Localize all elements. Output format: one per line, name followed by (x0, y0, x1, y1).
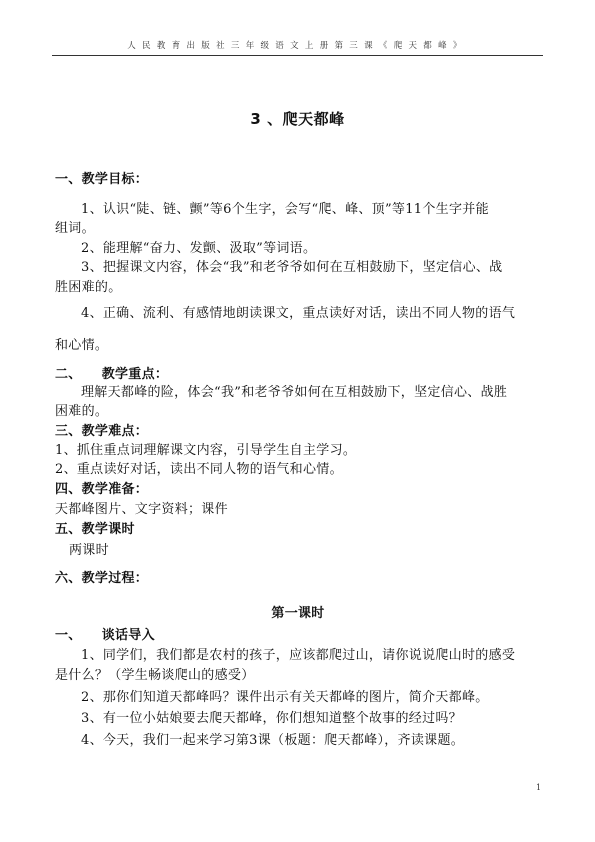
section-heading-periods: 五、教学课时 (55, 522, 541, 538)
step-heading: 一、 谈话导入 (55, 628, 541, 644)
process-line: 2、那你们知道天都峰吗？课件出示有关天都峰的图片，简介天都峰。 (55, 690, 567, 706)
process-line: 是什么？（学生畅谈爬山的感受） (55, 668, 541, 684)
section-heading-difficulties: 三、教学难点： (55, 424, 541, 440)
lesson-title: 第一课时 (55, 606, 541, 622)
section-heading-preparation: 四、教学准备： (55, 482, 541, 498)
objective-line: 4、正确、流利、有感情地朗读课文，重点读好对话，读出不同人物的语气 (55, 306, 567, 322)
section-heading-key-points: 二、 教学重点： (55, 367, 541, 383)
preparation-text: 天都峰图片、文字资料；课件 (55, 502, 541, 518)
objective-line: 2、能理解“奋力、发颤、汲取”等词语。 (55, 241, 567, 257)
key-points-line: 理解天都峰的险，体会“我”和老爷爷如何在互相鼓励下，坚定信心、战胜 (55, 385, 567, 401)
key-points-line: 困难的。 (55, 404, 541, 420)
objective-line: 胜困难的。 (55, 280, 541, 296)
objective-line: 组词。 (55, 221, 541, 237)
process-line: 3、有一位小姑娘要去爬天都峰，你们想知道整个故事的经过吗？ (55, 711, 567, 727)
section-heading-process: 六、教学过程： (55, 571, 541, 587)
difficulty-line: 1、抓住重点词理解课文内容，引导学生自主学习。 (55, 443, 541, 459)
process-line: 4、今天，我们一起来学习第3课（板题：爬天都峰），齐读课题。 (55, 733, 567, 749)
running-header-text: 人民教育出版社三年级语文上册第三课《爬天都峰》 (127, 41, 467, 51)
running-header: 人民教育出版社三年级语文上册第三课《爬天都峰》 (52, 40, 543, 56)
process-line: 1、同学们，我们都是农村的孩子，应该都爬过山，请你说说爬山时的感受 (55, 648, 567, 664)
periods-text: 两课时 (55, 543, 555, 559)
objective-line: 1、认识“陡、链、颤”等6个生字，会写“爬、峰、顶”等11个生字并能 (55, 202, 567, 218)
objective-line: 和心情。 (55, 338, 541, 354)
objective-line: 3、把握课文内容，体会“我”和老爷爷如何在互相鼓励下，坚定信心、战 (55, 260, 567, 276)
document-title: 3 、爬天都峰 (0, 108, 595, 129)
difficulty-line: 2、重点读好对话，读出不同人物的语气和心情。 (55, 462, 541, 478)
section-heading-objectives: 一、教学目标： (55, 172, 541, 188)
page-number: 1 (536, 783, 541, 792)
